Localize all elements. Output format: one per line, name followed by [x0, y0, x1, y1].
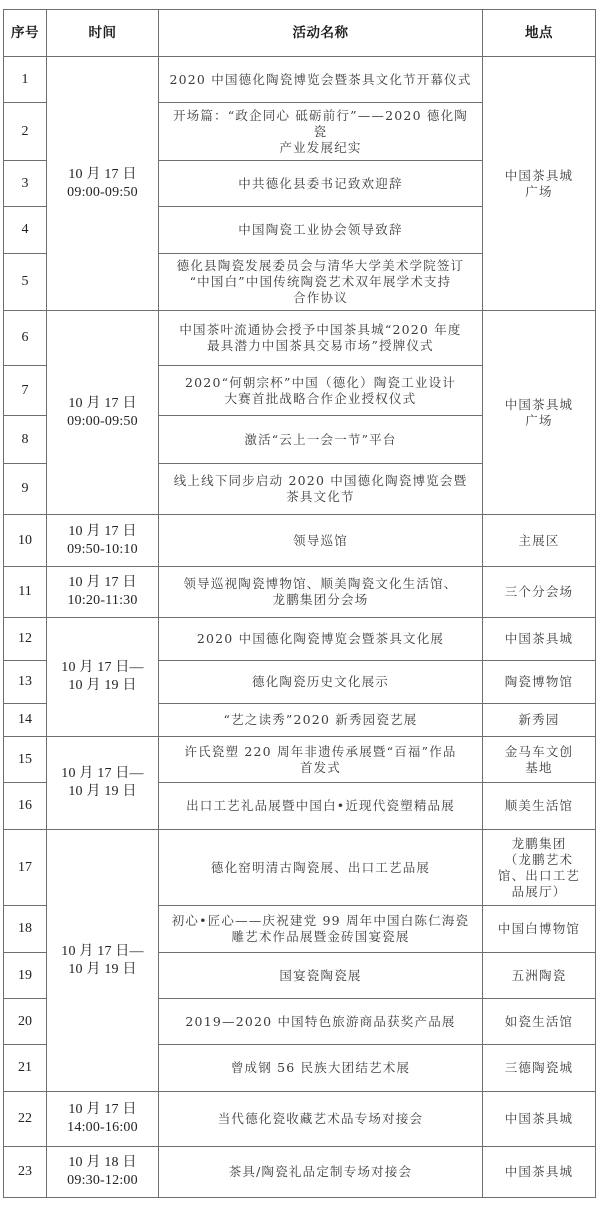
activity-cell: 当代德化瓷收藏艺术品专场对接会: [159, 1092, 483, 1147]
venue-line: 三个分会场: [487, 584, 591, 600]
activity-line: 茶具文化节: [165, 489, 476, 505]
activity-cell: 2019—2020 中国特色旅游商品获奖产品展: [159, 999, 483, 1045]
activity-cell: 中共德化县委书记致欢迎辞: [159, 161, 483, 207]
venue-line: 金马车文创: [487, 744, 591, 760]
row-number: 21: [4, 1045, 47, 1092]
venue-cell: 金马车文创 基地: [483, 737, 596, 783]
activity-line: 2020“何朝宗杯”中国（德化）陶瓷工业设计: [165, 375, 476, 391]
activity-cell: 中国茶叶流通协会授予中国茶具城“2020 年度 最具潜力中国茶具交易市场”授牌仪…: [159, 311, 483, 366]
header-activity: 活动名称: [159, 10, 483, 57]
time-cell: 10 月 17 日 09:00-09:50: [47, 57, 159, 311]
venue-line: 中国茶具城: [487, 397, 591, 413]
row-number: 1: [4, 57, 47, 103]
table-row: 15 10 月 17 日— 10 月 19 日 许氏瓷塑 220 周年非遗传承展…: [4, 737, 596, 783]
activity-cell: 国宴瓷陶瓷展: [159, 953, 483, 999]
time-cell: 10 月 17 日— 10 月 19 日: [47, 737, 159, 830]
row-number: 11: [4, 567, 47, 618]
venue-cell: 三个分会场: [483, 567, 596, 618]
activity-line: 龙鹏集团分会场: [165, 592, 476, 608]
header-row: 序号 时间 活动名称 地点: [4, 10, 596, 57]
header-venue: 地点: [483, 10, 596, 57]
activity-line: 德化县陶瓷发展委员会与清华大学美术学院签订: [165, 258, 476, 274]
activity-cell: 初心•匠心——庆祝建党 99 周年中国白陈仁海瓷 雕艺术作品展暨金砖国宴瓷展: [159, 906, 483, 953]
venue-line: 三德陶瓷城: [487, 1060, 591, 1076]
activity-cell: 德化陶瓷历史文化展示: [159, 661, 483, 704]
venue-line: 主展区: [487, 533, 591, 549]
venue-cell: 如瓷生活馆: [483, 999, 596, 1045]
time-date: 10 月 17 日: [51, 574, 154, 592]
venue-cell: 中国茶具城: [483, 1147, 596, 1198]
activity-line: 许氏瓷塑 220 周年非遗传承展暨“百福”作品: [165, 744, 476, 760]
activity-cell: 德化县陶瓷发展委员会与清华大学美术学院签订 “中国白”中国传统陶瓷艺术双年展学术…: [159, 254, 483, 311]
activity-cell: 2020 中国德化陶瓷博览会暨茶具文化节开幕仪式: [159, 57, 483, 103]
header-num: 序号: [4, 10, 47, 57]
table-row: 6 10 月 17 日 09:00-09:50 中国茶叶流通协会授予中国茶具城“…: [4, 311, 596, 366]
venue-line: 馆、出口工艺: [487, 868, 591, 884]
venue-cell: 中国茶具城 广场: [483, 311, 596, 515]
activity-line: 瓷: [165, 124, 476, 140]
activity-line: 合作协议: [165, 290, 476, 306]
activity-line: 领导巡视陶瓷博物馆、顺美陶瓷文化生活馆、: [165, 576, 476, 592]
table-row: 10 10 月 17 日 09:50-10:10 领导巡馆 主展区: [4, 515, 596, 567]
activity-cell: 2020 中国德化陶瓷博览会暨茶具文化展: [159, 618, 483, 661]
activity-cell: 许氏瓷塑 220 周年非遗传承展暨“百福”作品 首发式: [159, 737, 483, 783]
row-number: 16: [4, 783, 47, 830]
time-range: 10 月 19 日: [51, 961, 154, 979]
time-date: 10 月 18 日: [51, 1154, 154, 1172]
row-number: 8: [4, 416, 47, 464]
row-number: 20: [4, 999, 47, 1045]
activity-line: 初心•匠心——庆祝建党 99 周年中国白陈仁海瓷: [165, 913, 476, 929]
row-number: 3: [4, 161, 47, 207]
activity-cell: 德化窑明清古陶瓷展、出口工艺品展: [159, 830, 483, 906]
time-range: 10:20-11:30: [51, 592, 154, 610]
activity-line: 激活“云上一会一节”平台: [165, 432, 476, 448]
header-time: 时间: [47, 10, 159, 57]
venue-line: 陶瓷博物馆: [487, 674, 591, 690]
venue-cell: 中国茶具城: [483, 618, 596, 661]
venue-cell: 新秀园: [483, 704, 596, 737]
activity-cell: 茶具/陶瓷礼品定制专场对接会: [159, 1147, 483, 1198]
table-row: 22 10 月 17 日 14:00-16:00 当代德化瓷收藏艺术品专场对接会…: [4, 1092, 596, 1147]
activity-line: 茶具/陶瓷礼品定制专场对接会: [165, 1164, 476, 1180]
venue-cell: 中国茶具城 广场: [483, 57, 596, 311]
activity-cell: 激活“云上一会一节”平台: [159, 416, 483, 464]
activity-cell: 出口工艺礼品展暨中国白•近现代瓷塑精品展: [159, 783, 483, 830]
activity-line: 2019—2020 中国特色旅游商品获奖产品展: [165, 1014, 476, 1030]
row-number: 17: [4, 830, 47, 906]
table-row: 23 10 月 18 日 09:30-12:00 茶具/陶瓷礼品定制专场对接会 …: [4, 1147, 596, 1198]
activity-line: 中共德化县委书记致欢迎辞: [165, 176, 476, 192]
activity-line: 德化窑明清古陶瓷展、出口工艺品展: [165, 860, 476, 876]
row-number: 22: [4, 1092, 47, 1147]
venue-cell: 中国茶具城: [483, 1092, 596, 1147]
time-date: 10 月 17 日—: [51, 943, 154, 961]
time-cell: 10 月 17 日— 10 月 19 日: [47, 830, 159, 1092]
row-number: 4: [4, 207, 47, 254]
row-number: 15: [4, 737, 47, 783]
activity-cell: 2020“何朝宗杯”中国（德化）陶瓷工业设计 大赛首批战略合作企业授权仪式: [159, 366, 483, 416]
venue-cell: 顺美生活馆: [483, 783, 596, 830]
venue-line: 品展厅）: [487, 884, 591, 900]
venue-cell: 龙鹏集团 （龙鹏艺术 馆、出口工艺 品展厅）: [483, 830, 596, 906]
row-number: 12: [4, 618, 47, 661]
activity-line: 德化陶瓷历史文化展示: [165, 674, 476, 690]
activity-cell: 线上线下同步启动 2020 中国德化陶瓷博览会暨 茶具文化节: [159, 464, 483, 515]
activity-line: 线上线下同步启动 2020 中国德化陶瓷博览会暨: [165, 473, 476, 489]
venue-line: 龙鹏集团: [487, 836, 591, 852]
time-date: 10 月 17 日—: [51, 659, 154, 677]
time-range: 09:00-09:50: [51, 184, 154, 202]
time-range: 14:00-16:00: [51, 1119, 154, 1137]
activity-cell: 领导巡馆: [159, 515, 483, 567]
venue-line: 广场: [487, 413, 591, 429]
time-date: 10 月 17 日: [51, 523, 154, 541]
row-number: 9: [4, 464, 47, 515]
venue-cell: 三德陶瓷城: [483, 1045, 596, 1092]
activity-line: 当代德化瓷收藏艺术品专场对接会: [165, 1111, 476, 1127]
table-row: 1 10 月 17 日 09:00-09:50 2020 中国德化陶瓷博览会暨茶…: [4, 57, 596, 103]
venue-line: 广场: [487, 184, 591, 200]
activity-line: 国宴瓷陶瓷展: [165, 968, 476, 984]
time-range: 09:50-10:10: [51, 541, 154, 559]
venue-line: 中国茶具城: [487, 1111, 591, 1127]
venue-line: 中国茶具城: [487, 631, 591, 647]
activity-line: 出口工艺礼品展暨中国白•近现代瓷塑精品展: [165, 798, 476, 814]
activity-line: 曾成钢 56 民族大团结艺术展: [165, 1060, 476, 1076]
table-row: 11 10 月 17 日 10:20-11:30 领导巡视陶瓷博物馆、顺美陶瓷文…: [4, 567, 596, 618]
time-cell: 10 月 17 日 10:20-11:30: [47, 567, 159, 618]
time-range: 10 月 19 日: [51, 783, 154, 801]
row-number: 5: [4, 254, 47, 311]
venue-cell: 陶瓷博物馆: [483, 661, 596, 704]
time-range: 09:00-09:50: [51, 413, 154, 431]
venue-line: 基地: [487, 760, 591, 776]
activity-cell: 中国陶瓷工业协会领导致辞: [159, 207, 483, 254]
time-date: 10 月 17 日: [51, 395, 154, 413]
activity-line: “艺之读秀”2020 新秀园瓷艺展: [165, 712, 476, 728]
activity-line: “中国白”中国传统陶瓷艺术双年展学术支持: [165, 274, 476, 290]
venue-line: 五洲陶瓷: [487, 968, 591, 984]
time-cell: 10 月 17 日 09:50-10:10: [47, 515, 159, 567]
activity-line: 开场篇：“政企同心 砥砺前行”——2020 德化陶: [165, 108, 476, 124]
row-number: 23: [4, 1147, 47, 1198]
time-range: 10 月 19 日: [51, 677, 154, 695]
row-number: 2: [4, 103, 47, 161]
activity-line: 领导巡馆: [165, 533, 476, 549]
activity-line: 大赛首批战略合作企业授权仪式: [165, 391, 476, 407]
activity-line: 中国陶瓷工业协会领导致辞: [165, 222, 476, 238]
table-row: 12 10 月 17 日— 10 月 19 日 2020 中国德化陶瓷博览会暨茶…: [4, 618, 596, 661]
time-date: 10 月 17 日: [51, 166, 154, 184]
row-number: 19: [4, 953, 47, 999]
activity-cell: 领导巡视陶瓷博物馆、顺美陶瓷文化生活馆、 龙鹏集团分会场: [159, 567, 483, 618]
row-number: 14: [4, 704, 47, 737]
activity-line: 产业发展纪实: [165, 140, 476, 156]
time-cell: 10 月 18 日 09:30-12:00: [47, 1147, 159, 1198]
time-cell: 10 月 17 日— 10 月 19 日: [47, 618, 159, 737]
row-number: 18: [4, 906, 47, 953]
venue-line: 中国茶具城: [487, 1164, 591, 1180]
event-schedule-table: 序号 时间 活动名称 地点 1 10 月 17 日 09:00-09:50 20…: [3, 9, 596, 1198]
activity-line: 雕艺术作品展暨金砖国宴瓷展: [165, 929, 476, 945]
venue-line: 顺美生活馆: [487, 798, 591, 814]
activity-cell: 曾成钢 56 民族大团结艺术展: [159, 1045, 483, 1092]
venue-cell: 中国白博物馆: [483, 906, 596, 953]
activity-line: 2020 中国德化陶瓷博览会暨茶具文化展: [165, 631, 476, 647]
activity-cell: “艺之读秀”2020 新秀园瓷艺展: [159, 704, 483, 737]
time-date: 10 月 17 日: [51, 1101, 154, 1119]
row-number: 7: [4, 366, 47, 416]
row-number: 10: [4, 515, 47, 567]
activity-line: 首发式: [165, 760, 476, 776]
venue-line: 如瓷生活馆: [487, 1014, 591, 1030]
venue-line: 中国茶具城: [487, 168, 591, 184]
activity-line: 中国茶叶流通协会授予中国茶具城“2020 年度: [165, 322, 476, 338]
time-cell: 10 月 17 日 09:00-09:50: [47, 311, 159, 515]
venue-line: 新秀园: [487, 712, 591, 728]
venue-cell: 五洲陶瓷: [483, 953, 596, 999]
time-range: 09:30-12:00: [51, 1172, 154, 1190]
time-cell: 10 月 17 日 14:00-16:00: [47, 1092, 159, 1147]
venue-line: （龙鹏艺术: [487, 852, 591, 868]
venue-line: 中国白博物馆: [487, 921, 591, 937]
venue-cell: 主展区: [483, 515, 596, 567]
table-row: 17 10 月 17 日— 10 月 19 日 德化窑明清古陶瓷展、出口工艺品展…: [4, 830, 596, 906]
time-date: 10 月 17 日—: [51, 765, 154, 783]
activity-line: 2020 中国德化陶瓷博览会暨茶具文化节开幕仪式: [165, 72, 476, 88]
row-number: 6: [4, 311, 47, 366]
activity-line: 最具潜力中国茶具交易市场”授牌仪式: [165, 338, 476, 354]
activity-cell: 开场篇：“政企同心 砥砺前行”——2020 德化陶 瓷 产业发展纪实: [159, 103, 483, 161]
row-number: 13: [4, 661, 47, 704]
